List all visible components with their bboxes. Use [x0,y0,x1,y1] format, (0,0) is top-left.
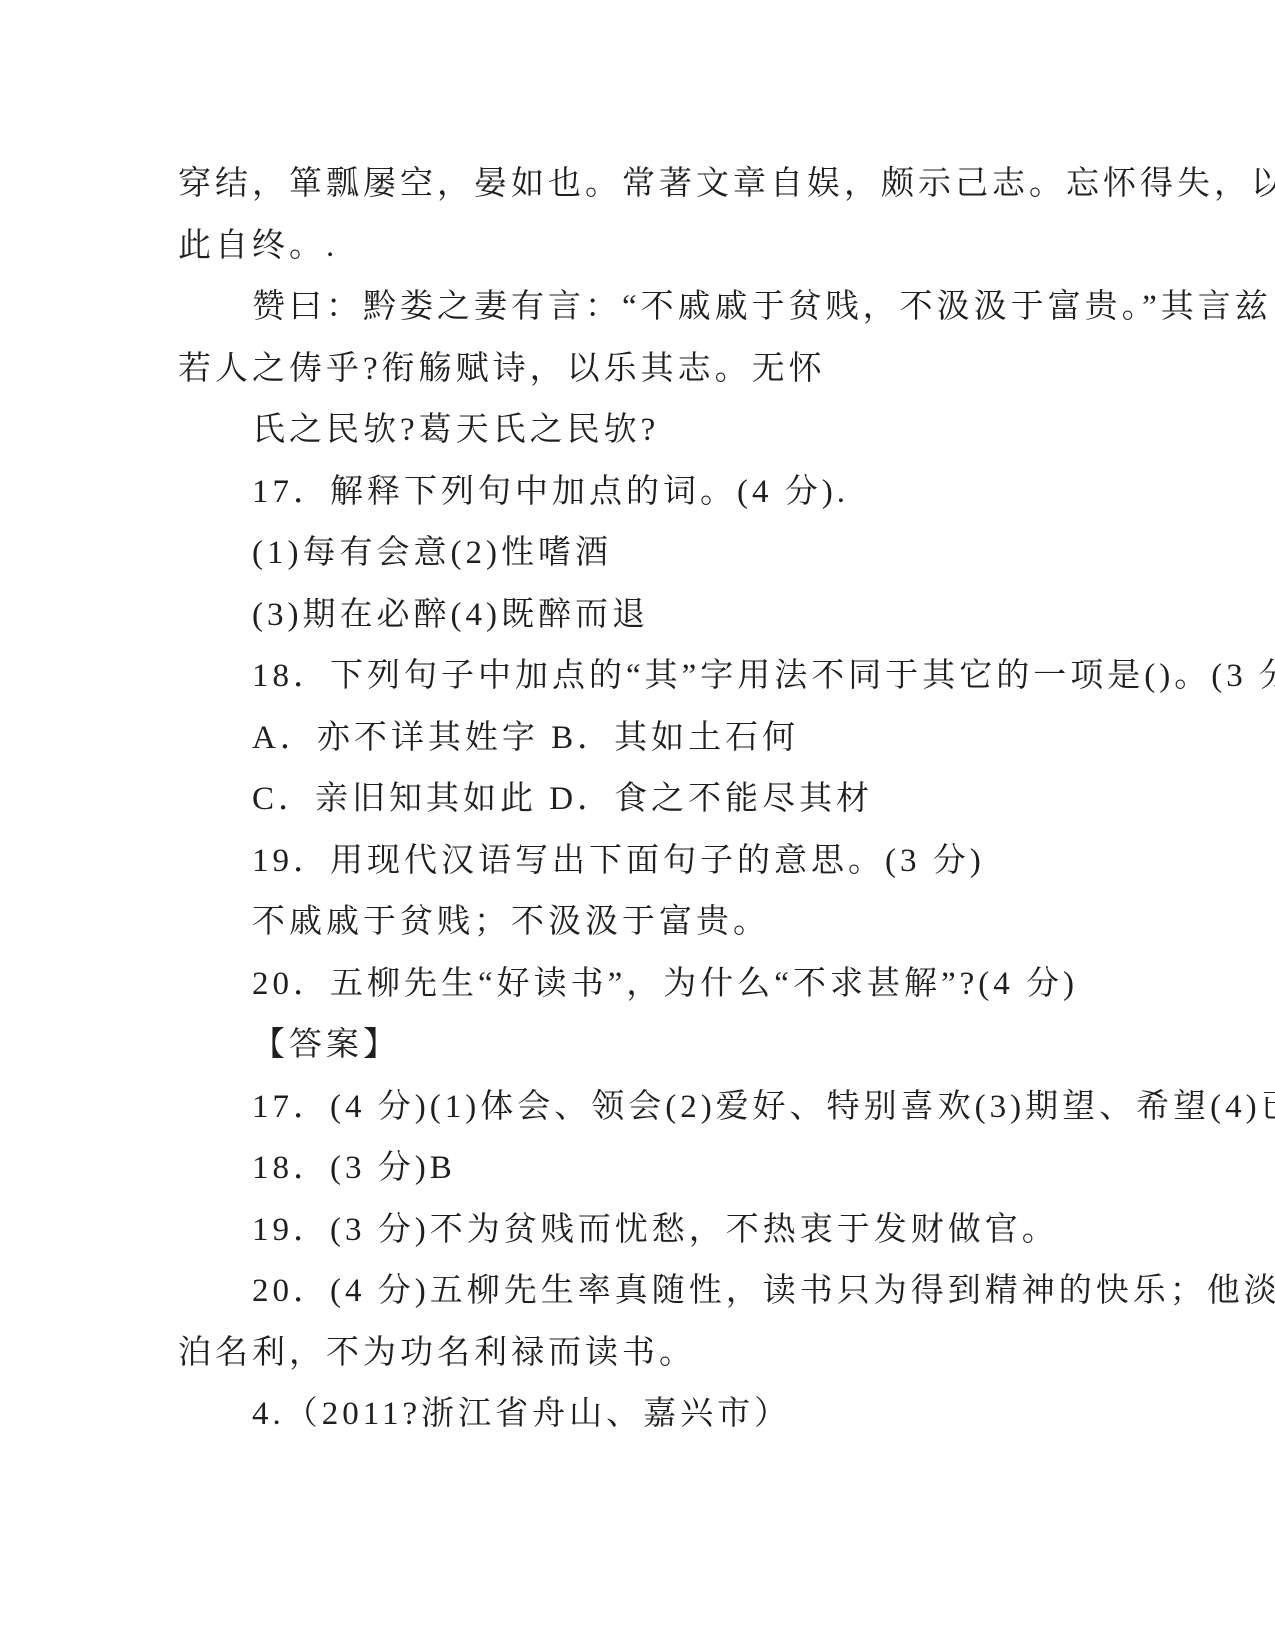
text-line-20: 泊名利，不为功名利禄而读书。 [178,1323,1145,1385]
text-line-03: 赞曰：黔娄之妻有言：“不戚戚于贫贱，不汲汲于富贵。”其言兹 [178,277,1145,339]
text-line-06-question-17: 17．解释下列句中加点的词。(4 分). [178,462,1145,524]
text-line-12-question-19: 19．用现代汉语写出下面句子的意思。(3 分) [178,831,1145,893]
text-line-11-options-cd: C．亲旧知其如此 D．食之不能尽其材 [178,769,1145,831]
document-page: 穿结，箪瓢屡空，晏如也。常著文章自娱，颇示己志。忘怀得失，以 此自终。. 赞曰：… [0,0,1275,1650]
text-line-04: 若人之俦乎?衔觞赋诗，以乐其志。无怀 [178,339,1145,401]
text-line-17-answer-18: 18．(3 分)B [178,1138,1145,1200]
text-line-19-answer-20: 20．(4 分)五柳先生率真随性，读书只为得到精神的快乐；他淡 [178,1261,1145,1323]
text-line-08: (3)期在必醉(4)既醉而退 [178,585,1145,647]
text-line-01: 穿结，箪瓢屡空，晏如也。常著文章自娱，颇示己志。忘怀得失，以 [178,154,1145,216]
text-line-21-next-section: 4.（2011?浙江省舟山、嘉兴市） [178,1384,1145,1446]
text-line-10-options-ab: A．亦不详其姓字 B．其如土石何 [178,708,1145,770]
text-line-13: 不戚戚于贫贱；不汲汲于富贵。 [178,892,1145,954]
text-line-09-question-18: 18．下列句子中加点的“其”字用法不同于其它的一项是()。(3 分) [178,646,1145,708]
text-line-16-answer-17: 17．(4 分)(1)体会、领会(2)爱好、特别喜欢(3)期望、希望(4)已经 [178,1077,1145,1139]
text-line-15-answer-heading: 【答案】 [178,1015,1145,1077]
text-line-14-question-20: 20．五柳先生“好读书”，为什么“不求甚解”?(4 分) [178,954,1145,1016]
text-line-18-answer-19: 19．(3 分)不为贫贱而忧愁，不热衷于发财做官。 [178,1200,1145,1262]
text-line-07: (1)每有会意(2)性嗜酒 [178,523,1145,585]
text-line-02: 此自终。. [178,216,1145,278]
text-line-05: 氏之民欤?葛天氏之民欤? [178,400,1145,462]
